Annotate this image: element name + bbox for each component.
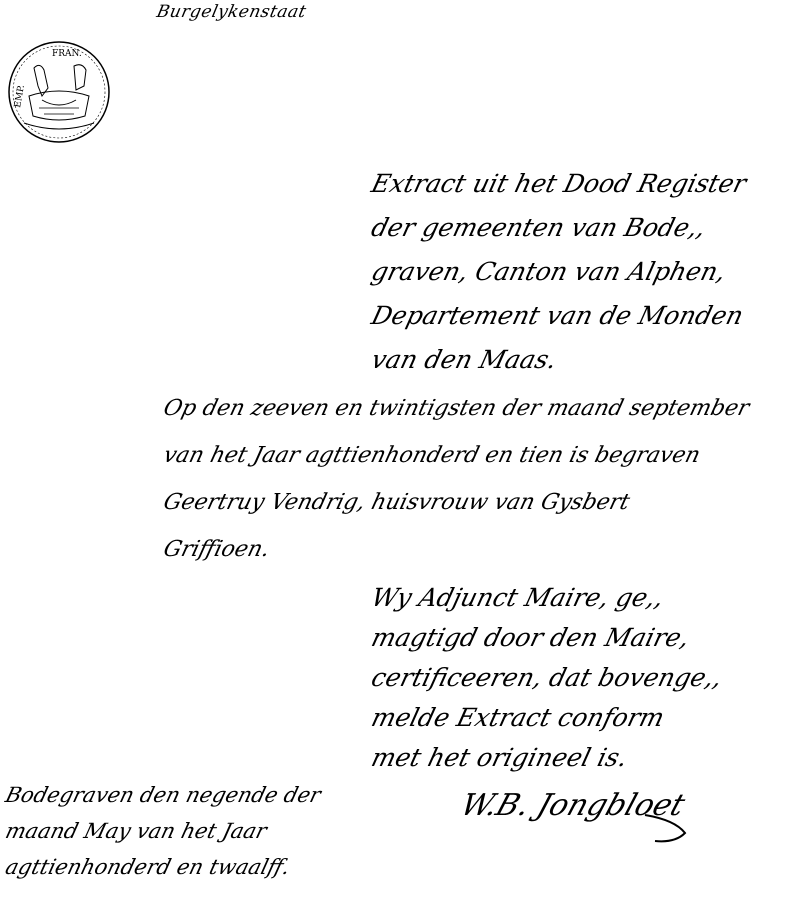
burial-entry-block: Op den zeeven en twintigsten der maand s… [164, 385, 749, 573]
title-line: van den Maas. [367, 338, 752, 382]
certification-line: magtigd door den Maire, [367, 618, 726, 658]
certification-block: Wy Adjunct Maire, ge,, magtigd door den … [372, 578, 721, 778]
certification-line: Wy Adjunct Maire, ge,, [367, 578, 726, 618]
entry-line: Geertruy Vendrig, huisvrouw van Gysbert [158, 479, 754, 526]
header-note: Burgelykenstaat [155, 2, 308, 22]
signature-flourish-icon [640, 805, 700, 845]
place-date-line: maand May van het Jaar [2, 813, 325, 849]
place-date-line: agttienhonderd en twaalff. [2, 849, 325, 885]
title-line: der gemeenten van Bode,, [367, 206, 752, 250]
seal-inscription-left: EMP. [13, 84, 27, 108]
place-date-line: Bodegraven den negende der [2, 777, 325, 813]
title-line: Extract uit het Dood Register [367, 162, 752, 206]
entry-line: Griffioen. [158, 526, 754, 573]
official-seal-icon: FRAN. EMP. [4, 38, 114, 146]
certification-line: certificeeren, dat bovenge,, [367, 658, 726, 698]
extract-title-block: Extract uit het Dood Register der gemeen… [372, 162, 746, 382]
seal-inscription-top: FRAN. [52, 49, 82, 59]
entry-line: Op den zeeven en twintigsten der maand s… [158, 385, 754, 432]
certification-line: met het origineel is. [367, 738, 726, 778]
place-date-block: Bodegraven den negende der maand May van… [6, 777, 320, 885]
entry-line: van het Jaar agttienhonderd en tien is b… [158, 432, 754, 479]
title-line: graven, Canton van Alphen, [367, 250, 752, 294]
title-line: Departement van de Monden [367, 294, 752, 338]
certification-line: melde Extract conform [367, 698, 726, 738]
